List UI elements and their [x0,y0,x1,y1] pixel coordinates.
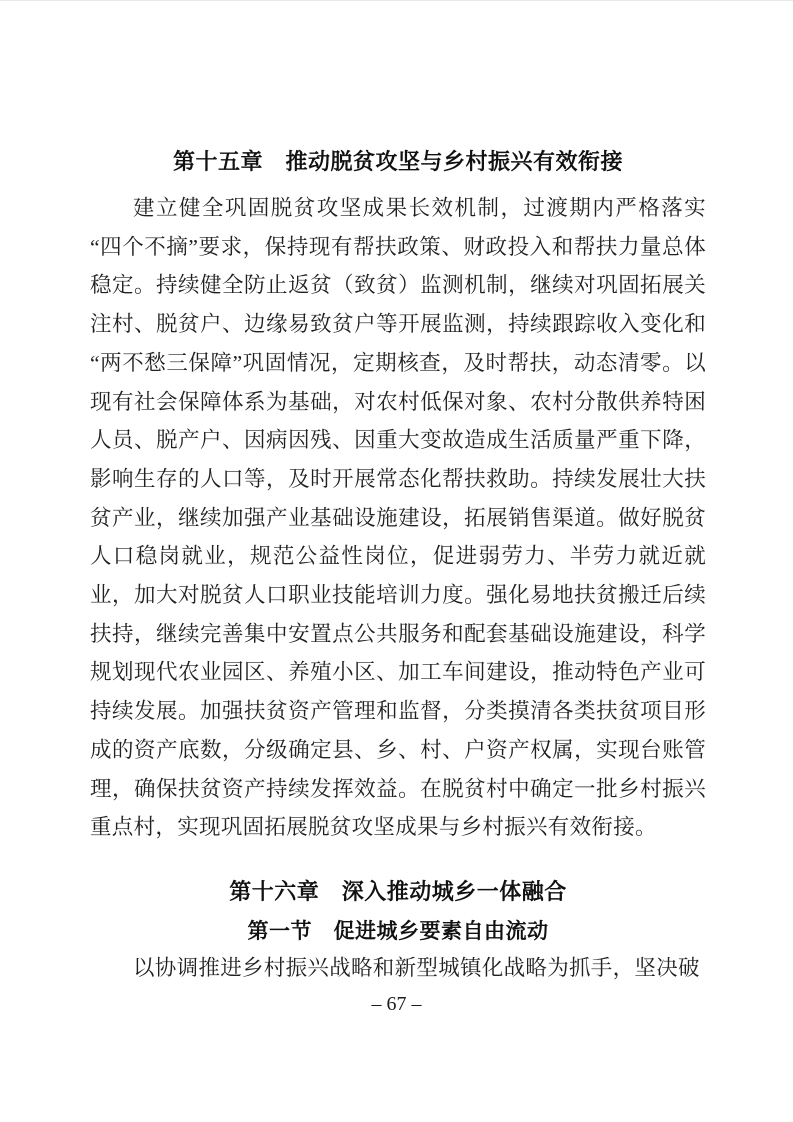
chapter-15-title: 第十五章 推动脱贫攻坚与乡村振兴有效衔接 [90,147,706,177]
paragraph-section-1-body: 以协调推进乡村振兴战略和新型城镇化战略为抓手，坚决破 [90,949,706,988]
paragraph-chapter-15-body: 建立健全巩固脱贫攻坚成果长效机制，过渡期内严格落实“四个不摘”要求，保持现有帮扶… [90,189,706,847]
content-area: 第十五章 推动脱贫攻坚与乡村振兴有效衔接 建立健全巩固脱贫攻坚成果长效机制，过渡… [90,147,706,988]
chapter-16-title: 第十六章 深入推动城乡一体融合 [90,877,706,907]
section-1-title: 第一节 促进城乡要素自由流动 [90,916,706,946]
page-number: – 67 – [0,992,793,1016]
document-page: 第十五章 推动脱贫攻坚与乡村振兴有效衔接 建立健全巩固脱贫攻坚成果长效机制，过渡… [0,0,793,1122]
